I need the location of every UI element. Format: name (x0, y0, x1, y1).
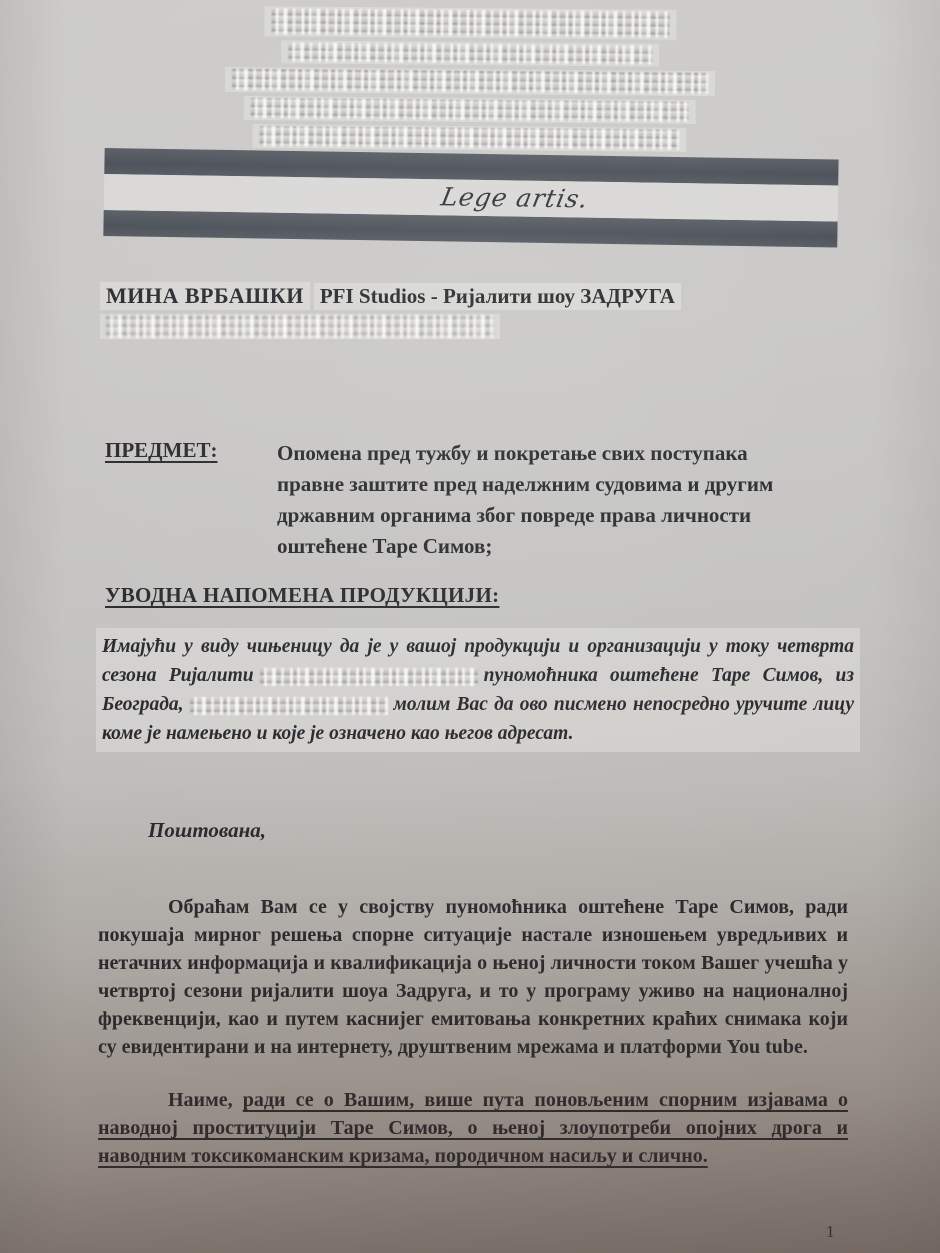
redacted-text (232, 69, 708, 94)
subject-text: Опомена пред тужбу и покретање свих пост… (277, 438, 795, 562)
redacted-text (251, 98, 689, 122)
redacted-text (271, 8, 669, 37)
redacted-letterhead-line (264, 6, 676, 40)
subject-section: ПРЕДМЕТ: Опомена пред тужбу и покретање … (105, 438, 795, 562)
letterhead-band: Lege artis. (103, 148, 838, 248)
body-paragraph-2: Наиме, ради се о Вашим, више пута поновљ… (98, 1086, 848, 1170)
intro-note-paragraph: Имајући у виду чињеницу да је у вашој пр… (96, 628, 860, 752)
redacted-letterhead-line (252, 124, 686, 152)
recipient-organization: PFI Studios - Ријалити шоу ЗАДРУГА (314, 283, 681, 310)
body-paragraph-1: Обраћам Вам се у својству пуномоћника ош… (98, 893, 848, 1061)
subject-label: ПРЕДМЕТ: (105, 438, 217, 463)
body-paragraph-2-lead: Наиме, (168, 1089, 243, 1111)
redacted-letterhead-line (244, 96, 696, 124)
redacted-text (259, 126, 679, 150)
salutation: Поштована, (148, 818, 266, 843)
redacted-recipient-line (100, 314, 500, 339)
redacted-letterhead-line (281, 40, 659, 66)
page-number: 1 (826, 1222, 835, 1242)
scanned-letter-page: Lege artis. МИНА ВРБАШКИ PFI Studios - Р… (0, 0, 940, 1253)
recipient-block: МИНА ВРБАШКИ PFI Studios - Ријалити шоу … (100, 281, 940, 343)
motto-lege-artis: Lege artis. (439, 182, 591, 213)
intro-note-heading: УВОДНА НАПОМЕНА ПРОДУКЦИЈИ: (105, 583, 499, 608)
redacted-inline-text (260, 668, 478, 686)
letterhead-redacted-block (0, 4, 940, 158)
recipient-name: МИНА ВРБАШКИ (100, 282, 310, 310)
redacted-text (106, 315, 494, 338)
redacted-text (288, 42, 652, 64)
redacted-inline-text (190, 697, 388, 715)
redacted-letterhead-line (225, 67, 715, 96)
